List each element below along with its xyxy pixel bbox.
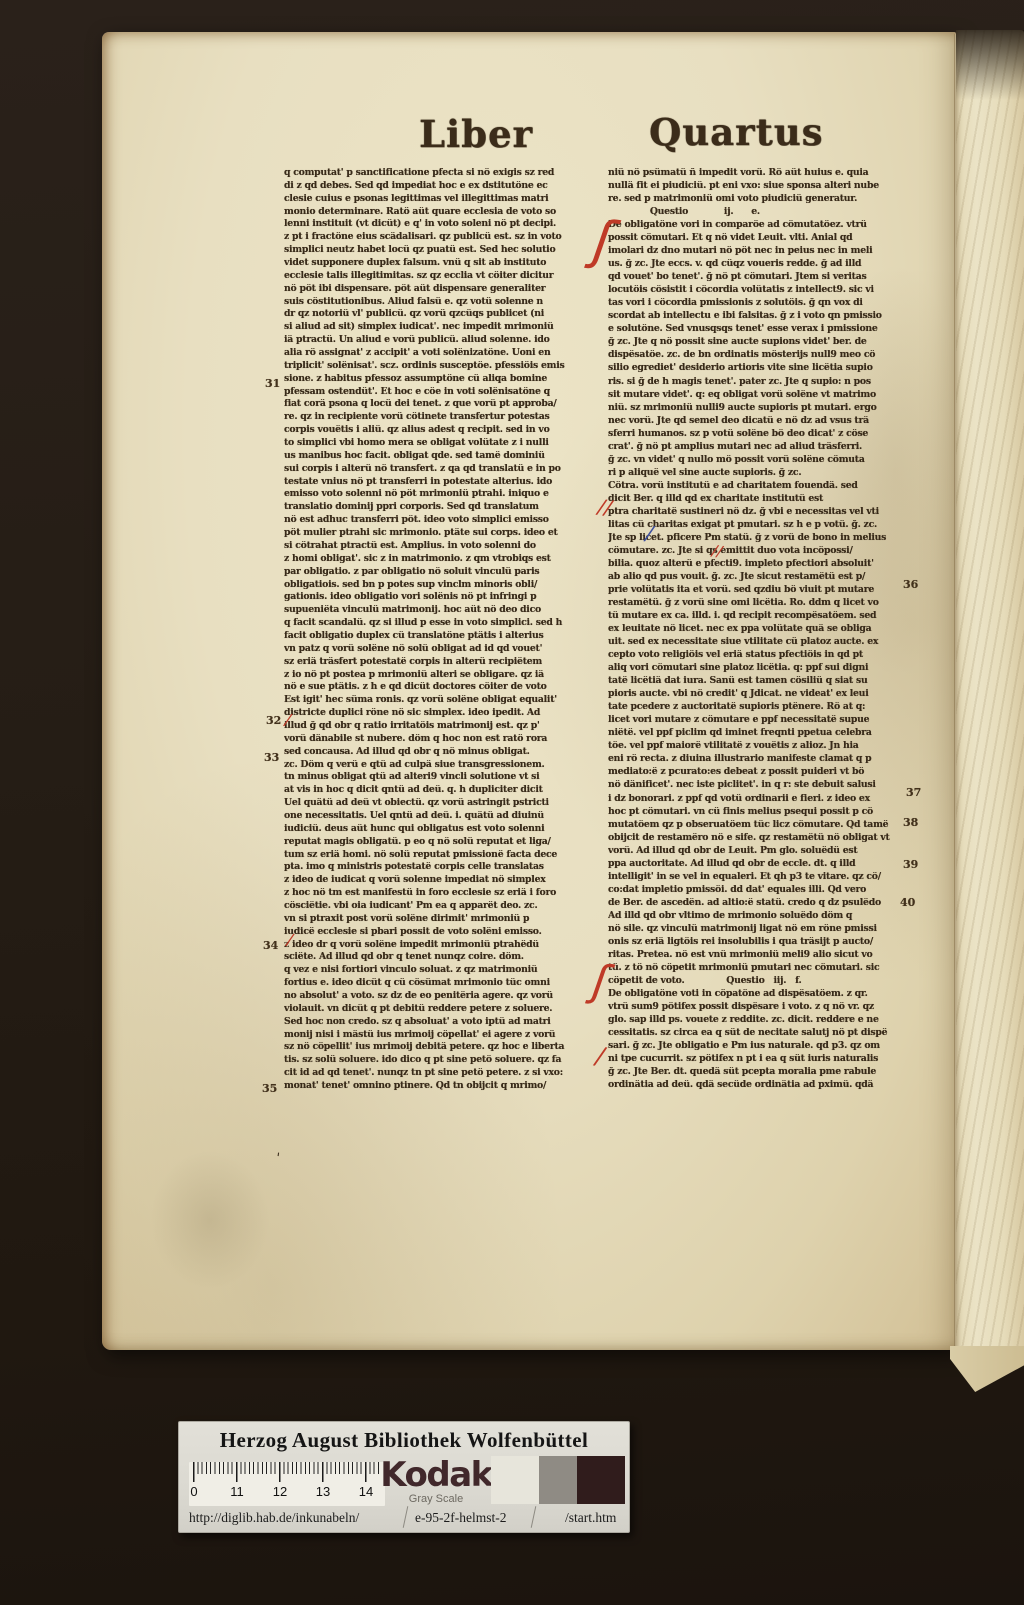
rubric-mark: ∕∕ bbox=[597, 496, 613, 518]
text-line: ni tpe cucurrit. sz pötifex n pt i ea q … bbox=[608, 1054, 930, 1065]
text-line: z ideo dr q vorü solëne impedit mrimoniü… bbox=[284, 940, 598, 951]
text-line: re. sed p matrimoniü omi voto piudiciü g… bbox=[608, 194, 930, 205]
text-line: glo. sap illd ps. vouete z reddite. zc. … bbox=[608, 1015, 930, 1026]
text-line: iudicë ecclesie si pbari possit de voto … bbox=[284, 927, 598, 938]
text-line: q computat' p sanctificatione pfecta si … bbox=[284, 168, 598, 179]
text-line: sz eriä träsfert potestatë corpis in alt… bbox=[284, 657, 598, 668]
margin-number: 32 bbox=[266, 714, 281, 727]
margin-number: 34 bbox=[263, 939, 278, 952]
text-line: tn minus obligat qtü ad alteri9 vincli s… bbox=[284, 772, 598, 783]
text-line: tü mutare ex ca. illd. i. qd recipit rec… bbox=[608, 611, 930, 622]
ruler: 011121314 bbox=[189, 1462, 385, 1506]
text-line: Questio ij. e. bbox=[608, 207, 930, 218]
ruler-numbers: 011121314 bbox=[189, 1484, 385, 1504]
text-line: dr qz notoriü vl' publicü. qz vorü qzcüq… bbox=[284, 309, 598, 320]
text-line: vtrü sum9 pötifex possit dispësare i vot… bbox=[608, 1002, 930, 1013]
text-line: alia rö assignat' z accipit' a voti solë… bbox=[284, 348, 598, 359]
text-line: locutöis cösistit i cöcordia volütatis z… bbox=[608, 285, 930, 296]
text-line: tas vori i cöcordia pmissionis z solutöi… bbox=[608, 298, 930, 309]
text-line: us. ğ zc. Jte eccs. v. qd cüqz voueris r… bbox=[608, 259, 930, 270]
text-line: one necessitatis. Uel qntü ad deü. i. qu… bbox=[284, 811, 598, 822]
text-line: districte duplici röne nö sic simplex. i… bbox=[284, 708, 598, 719]
text-line: De obligatöne voti in cöpatöne ad dispës… bbox=[608, 989, 930, 1000]
running-head-liber: Liber bbox=[419, 112, 533, 156]
text-line: co:dat impletio pmissöi. dd dat' equales… bbox=[608, 885, 930, 896]
text-line: crat'. ğ nö pt amplius mutari nec ad ali… bbox=[608, 442, 930, 453]
text-line: litas cü charitas exigat pt pmutari. sz … bbox=[608, 520, 930, 531]
text-line: q facit scandalü. qz si illud p esse in … bbox=[284, 618, 598, 629]
text-line: ordinätia ad deü. qdä secüde ordinätia a… bbox=[608, 1080, 930, 1091]
text-line: ğ zc. Jte q nö possit sine aucte supions… bbox=[608, 337, 930, 348]
text-line: par obligatio. z par obligatio nö soluit… bbox=[284, 567, 598, 578]
text-line: tum sz eriä homi. nö solü reputat pmissi… bbox=[284, 850, 598, 861]
margin-number: 39 bbox=[903, 858, 918, 871]
margin-number: 33 bbox=[264, 751, 279, 764]
kodak-gray-scale: Kodak Gray Scale bbox=[377, 1458, 495, 1505]
text-line: di z qd debes. Sed qd impediat hoc e ex … bbox=[284, 181, 598, 192]
page-stack-edge bbox=[950, 1346, 1024, 1392]
text-line: cessitatis. sz circa ea q süt de necitat… bbox=[608, 1028, 930, 1039]
text-line: Ad illd qd obr vltimo de mrimonio soluëd… bbox=[608, 911, 930, 922]
text-line: eni rö recta. z diuina illustrario manif… bbox=[608, 754, 930, 765]
text-line: corpis vouëtis i aliü. qz alius adest q … bbox=[284, 425, 598, 436]
kodak-wordmark: Kodak bbox=[377, 1458, 495, 1492]
url-divider bbox=[403, 1506, 409, 1528]
text-line: fortius e. ideo dicüt q cü cösümat mrimo… bbox=[284, 978, 598, 989]
text-line: töe. vel ppf maiorë vtilitatë z vouëtis … bbox=[608, 741, 930, 752]
text-line: vorü dänabile st nubere. döm q hoc non e… bbox=[284, 734, 598, 745]
text-line: suis cöstitutionibus. Aliud falsü e. qz … bbox=[284, 297, 598, 308]
text-line: z homi obligat'. sic z in matrimonio. z … bbox=[284, 554, 598, 565]
text-line: z pt i fractöne eius scädalisari. qz pub… bbox=[284, 232, 598, 243]
margin-number: 38 bbox=[903, 816, 918, 829]
text-line: ritas. Pretea. nö est vnü mrimoniü meli9… bbox=[608, 950, 930, 961]
text-line: ecclesie talis illegitimitas. sz qz eccl… bbox=[284, 271, 598, 282]
text-line: cömutare. zc. Jte si qs emittit duo vota… bbox=[608, 546, 930, 557]
text-line: monat' tenet' omnino ptinere. Qd tn obij… bbox=[284, 1081, 598, 1092]
text-line: triplicit' solënisat'. scz. ordinis susc… bbox=[284, 361, 598, 372]
text-line: si aliud ad sit) simplex iudicat'. nec i… bbox=[284, 322, 598, 333]
text-line: licet vori mutare z cömutare e ppf neces… bbox=[608, 715, 930, 726]
text-line: zc. Döm q verü e qtü ad culpä siue trans… bbox=[284, 760, 598, 771]
text-line: emisso voto solenni nö pöt mrimoniü ptra… bbox=[284, 489, 598, 500]
text-line: us manibus hoc facit. obligat qde. sed t… bbox=[284, 451, 598, 462]
margin-number: 31 bbox=[265, 377, 280, 390]
margin-number: 36 bbox=[903, 578, 918, 591]
text-line: nö pöt ibi dispensare. pöt aüt dispensar… bbox=[284, 284, 598, 295]
gray-scale-patch bbox=[577, 1456, 625, 1504]
text-line: uit. sed ex necessitate siue vtilitate c… bbox=[608, 637, 930, 648]
text-line: sione. z habitus pfessoz assumptöne cü a… bbox=[284, 374, 598, 385]
text-line: e solutöne. Sed vnusqsqs tenet' esse ver… bbox=[608, 324, 930, 335]
text-line: reputat magis obligatü. p eo q nö solü r… bbox=[284, 837, 598, 848]
text-line: q vez e nisi fortiori vinculo soluat. z … bbox=[284, 965, 598, 976]
text-line: re. qz in recipiente vorü cötinete trans… bbox=[284, 412, 598, 423]
text-line: violauit. vn dicüt q pt debitü reddere p… bbox=[284, 1004, 598, 1015]
text-line: scordat ab intellectu e ibi falsitas. ğ … bbox=[608, 311, 930, 322]
text-line: pioris aucte. vbi nö credit' q Jdicat. n… bbox=[608, 689, 930, 700]
text-line: to simplici vbi homo mera se obligat vol… bbox=[284, 438, 598, 449]
text-line: pöt mulier ptrahi sic mrimonio. ptäte su… bbox=[284, 528, 598, 539]
text-line: ab alio qd pus vouit. ğ. zc. Jte sicut r… bbox=[608, 572, 930, 583]
photo-backdrop: { "photo": { "backdrop_color": "#241c15"… bbox=[0, 0, 1024, 1605]
text-line: z io nö pt postea p mrimoniü alteri se o… bbox=[284, 670, 598, 681]
text-line: sari. ğ zc. Jte obligatio e Pm ius natur… bbox=[608, 1041, 930, 1052]
text-line: niëtë. vel ppf piclim qd iminet freqnti … bbox=[608, 728, 930, 739]
gray-scale-patch bbox=[539, 1456, 577, 1504]
margin-number: 37 bbox=[906, 786, 921, 799]
ruler-number: 11 bbox=[222, 1484, 252, 1499]
url-suffix: /start.htm bbox=[565, 1510, 616, 1526]
text-line: facit obligatio duplex cü translatöne pt… bbox=[284, 631, 598, 642]
text-line: onis sz eriä ligtöis rei insolubilis i q… bbox=[608, 937, 930, 948]
text-line: tatë licëtiä dat iura. Sanü est tamen cö… bbox=[608, 676, 930, 687]
text-line: iudiciü. deus aüt hunc qui obligatus est… bbox=[284, 824, 598, 835]
text-line: pfessam ostendüt'. Et hoc e cöe in voti … bbox=[284, 387, 598, 398]
text-line: ri p aliquë vel sine aucte supioris. ğ z… bbox=[608, 468, 930, 479]
text-line: aliq vori cömutari sine platoz licëtia. … bbox=[608, 663, 930, 674]
text-line: restamëtü. ğ z vorü sine omi licëtia. Ro… bbox=[608, 598, 930, 609]
text-line: ex leuitate nö licet. nec ex ppa volütat… bbox=[608, 624, 930, 635]
text-line: clesie cuius e psonas legittimas vel ill… bbox=[284, 194, 598, 205]
text-line: De obligatöne vori in comparöe ad cömuta… bbox=[608, 220, 930, 231]
text-line: ğ zc. vn videt' q nullo mö possit vorü s… bbox=[608, 455, 930, 466]
ruler-major-ticks bbox=[193, 1462, 383, 1482]
text-line: cösciëtie. vbi oia iudicant' Pm ea q app… bbox=[284, 901, 598, 912]
rubric-mark: ∕∕ bbox=[711, 543, 723, 559]
text-line: sed concausa. Ad illud qd obr q nö minus… bbox=[284, 747, 598, 758]
text-line: hoc pt cömutari. vn cü finis melius pseq… bbox=[608, 807, 930, 818]
text-line: vorü. Ad illud qd obr de Leuit. Pm glo. … bbox=[608, 846, 930, 857]
text-line: simplici neutz habet locü qz puatü est. … bbox=[284, 245, 598, 256]
text-line: tis. sz solü soluere. ido dico q pt sine… bbox=[284, 1055, 598, 1066]
text-line: sferri humanos. sz p votü solëne bö deo … bbox=[608, 429, 930, 440]
text-line: prie volütatis ita et vorü. sed qzdiu bö… bbox=[608, 585, 930, 596]
text-line: sit mutare videt'. q: eq obligat vorü so… bbox=[608, 390, 930, 401]
text-line: nö dänificet'. nec iste piclitet'. in q … bbox=[608, 780, 930, 791]
text-line: vn si ptraxit post vorü solëne dirimit' … bbox=[284, 914, 598, 925]
text-line: ppa auctoritate. Ad illud qd obr de eccl… bbox=[608, 859, 930, 870]
text-line: silio egrediet' desiderio artioris vite … bbox=[608, 363, 930, 374]
facing-page-strip bbox=[956, 30, 1024, 1360]
text-line: at vis in hoc q dicit qntü ad deü. q. h … bbox=[284, 785, 598, 796]
text-line: cit id ad qd tenet'. nunqz tn pt sine pe… bbox=[284, 1068, 598, 1079]
text-line: nullä fit ei piudiciü. pt eni vxo: siue … bbox=[608, 181, 930, 192]
text-line: possit cömutari. Et q nö videt Leuit. vl… bbox=[608, 233, 930, 244]
running-head-quartus: Quartus bbox=[649, 110, 823, 154]
text-line: vn patz q vorü solëne nö solü obligat ad… bbox=[284, 644, 598, 655]
library-name: Herzog August Bibliothek Wolfenbüttel bbox=[179, 1428, 629, 1453]
text-line: pta. imo q ministris potestatë corpis ce… bbox=[284, 862, 598, 873]
text-line: testate vnius nö pt transferri in potest… bbox=[284, 477, 598, 488]
text-line: iä ptractü. Un aliud e vorü publicü. ali… bbox=[284, 335, 598, 346]
gray-scale-patches bbox=[491, 1456, 625, 1504]
text-line: ğ zc. Jte Ber. dt. quedä süt pcepta mora… bbox=[608, 1067, 930, 1078]
text-line: obligatiois. sed bn p potes sup vinclm m… bbox=[284, 580, 598, 591]
text-line: sz nö cöpellit' ius mrimoij debitä peter… bbox=[284, 1042, 598, 1053]
text-line: Cötra. vorü institutü e ad charitatem fo… bbox=[608, 481, 930, 492]
ruler-number: 12 bbox=[265, 1484, 295, 1499]
margin-number: 40 bbox=[900, 896, 915, 909]
calibration-label: Herzog August Bibliothek Wolfenbüttel 01… bbox=[178, 1421, 630, 1533]
text-line: intelligit' in se vel in equaleri. Et qh… bbox=[608, 872, 930, 883]
text-line: Sed hoc non credo. sz q absoluat' a voto… bbox=[284, 1017, 598, 1028]
text-line: nö est adhuc transferri pöt. ideo voto s… bbox=[284, 515, 598, 526]
text-line: mutatöem qz p obseruatöem tüc licz cömut… bbox=[608, 820, 930, 831]
text-line: lenni instituit (vt dicüt) e q' in voto … bbox=[284, 219, 598, 230]
text-line: translatio dominij ppri corporis. Sed qd… bbox=[284, 502, 598, 513]
text-line: supueniëta vinculü matrimonij. hoc aüt n… bbox=[284, 605, 598, 616]
text-line: tate pcedere z auctoritatë supioris ptën… bbox=[608, 702, 930, 713]
text-line: mediato:ë z pcurato:es debeat z possit p… bbox=[608, 767, 930, 778]
text-line: bilia. quoz alterü e pfecti9. impleto pf… bbox=[608, 559, 930, 570]
text-line: obijcit de restamëro nö e sife. qz resta… bbox=[608, 833, 930, 844]
ruler-number: 0 bbox=[179, 1484, 209, 1499]
text-line: Jte sp licet. pficere Pm statü. ğ z vorü… bbox=[608, 533, 930, 544]
text-line: i dz bonorari. z ppf qd votü ordinarii e… bbox=[608, 794, 930, 805]
text-line: de Ber. de ascedën. ad altio:ë statü. cr… bbox=[608, 898, 930, 909]
margin-number: 35 bbox=[262, 1082, 277, 1095]
text-line: dispësatöe. zc. de bn ordinatis mösterij… bbox=[608, 350, 930, 361]
text-line: sciëte. Ad illud qd obr q tenet nunqz co… bbox=[284, 952, 598, 963]
text-line: niü nö psümatü ñ impedit vorü. Rö aüt hu… bbox=[608, 168, 930, 179]
text-line: si cötrahat ptractü est. Amplius. in vot… bbox=[284, 541, 598, 552]
text-line: Uel quätü ad deü vt obiectü. qz vorü ast… bbox=[284, 798, 598, 809]
text-line: sui corpis i alterü nö transfert. z qa q… bbox=[284, 464, 598, 475]
text-line: ris. si ğ de h magis tenet'. pater zc. J… bbox=[608, 377, 930, 388]
url-divider bbox=[531, 1506, 537, 1528]
text-line: dicit Ber. q illd qd ex charitate instit… bbox=[608, 494, 930, 505]
text-line: illud ğ qd obr q ratio irritatöis matrim… bbox=[284, 721, 598, 732]
text-column-right: niü nö psümatü ñ impedit vorü. Rö aüt hu… bbox=[608, 168, 930, 1092]
text-line: nec vorü. Jte qd semel deo dicatü e nö d… bbox=[608, 416, 930, 427]
text-line: gationis. ideo obligatio vori solënis nö… bbox=[284, 592, 598, 603]
text-line: monij nisi i mästü ius mrimoij cöpellat'… bbox=[284, 1030, 598, 1041]
text-line: videt supponere duplex falsum. vnü q sit… bbox=[284, 258, 598, 269]
text-line: fiat corä psona q locü dei tenet. z que … bbox=[284, 399, 598, 410]
text-line: nö sile. qz vinculü matrimonij ligat nö … bbox=[608, 924, 930, 935]
text-line: no absolut' a voto. sz dz de eo penitëri… bbox=[284, 991, 598, 1002]
text-line: cepto voto religiöis vel eriä status pfe… bbox=[608, 650, 930, 661]
shelfmark: e-95-2f-helmst-2 bbox=[415, 1510, 506, 1526]
text-line: nö e sue ptätis. z h e qd dicüt doctores… bbox=[284, 682, 598, 693]
text-line: cöpetit de voto. Questio iij. f. bbox=[608, 976, 930, 987]
text-line: Est igit' hec süma ronis. qz vorü solëne… bbox=[284, 695, 598, 706]
gray-scale-patch bbox=[491, 1456, 539, 1504]
text-column-left: q computat' p sanctificatione pfecta si … bbox=[284, 168, 598, 1092]
text-line: ptra charitatë sustineri nö dz. ğ vbi e … bbox=[608, 507, 930, 518]
shelfmark-url-row: http://diglib.hab.de/inkunabeln/ e-95-2f… bbox=[187, 1510, 621, 1530]
text-line: imolari dz dno mutari nö pöt nec in peiu… bbox=[608, 246, 930, 257]
text-line: z hoc nö tm est manifestü in foro eccles… bbox=[284, 888, 598, 899]
text-line: qd vouet' bo tenet'. ğ nö pt cömutari. J… bbox=[608, 272, 930, 283]
url-base: http://diglib.hab.de/inkunabeln/ bbox=[189, 1510, 359, 1526]
text-line: tü. z tö nö cöpetit mrimoniü pmutari nec… bbox=[608, 963, 930, 974]
text-line: z ideo de iudicat q vorü solenne impedia… bbox=[284, 875, 598, 886]
text-line: niü. sz mrimoniü nulli9 aucte supioris p… bbox=[608, 403, 930, 414]
ruler-number: 13 bbox=[308, 1484, 338, 1499]
text-line: monio determinare. Ratö aüt quare eccles… bbox=[284, 207, 598, 218]
